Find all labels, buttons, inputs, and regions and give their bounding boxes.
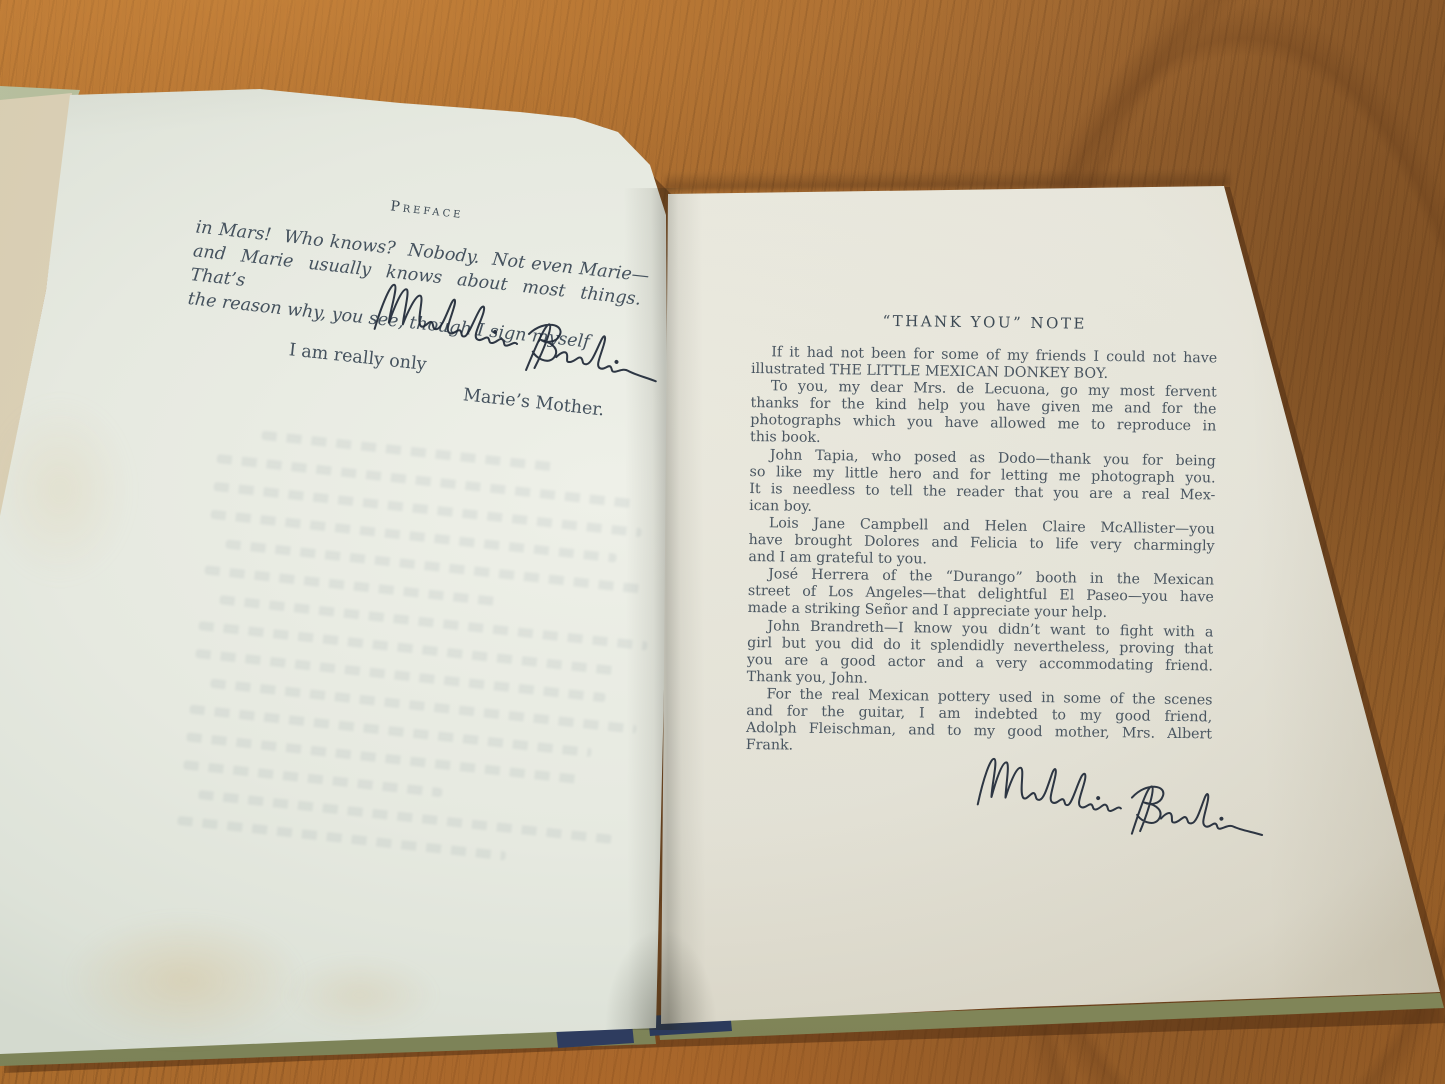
book-gutter-shadow	[596, 890, 726, 1030]
show-through-text	[149, 404, 644, 870]
thank-you-note-body: If it had not been for some of my friend…	[746, 344, 1218, 761]
book-photo-scene: Preface in Mars! Who knows? Nobody. Not …	[0, 0, 1445, 1084]
left-page-text-block: Preface in Mars! Who knows? Nobody. Not …	[103, 168, 665, 818]
thank-you-note-heading: “THANK YOU” NOTE	[752, 310, 1218, 335]
right-page-text-block: “THANK YOU” NOTE If it had not been for …	[746, 300, 1218, 761]
